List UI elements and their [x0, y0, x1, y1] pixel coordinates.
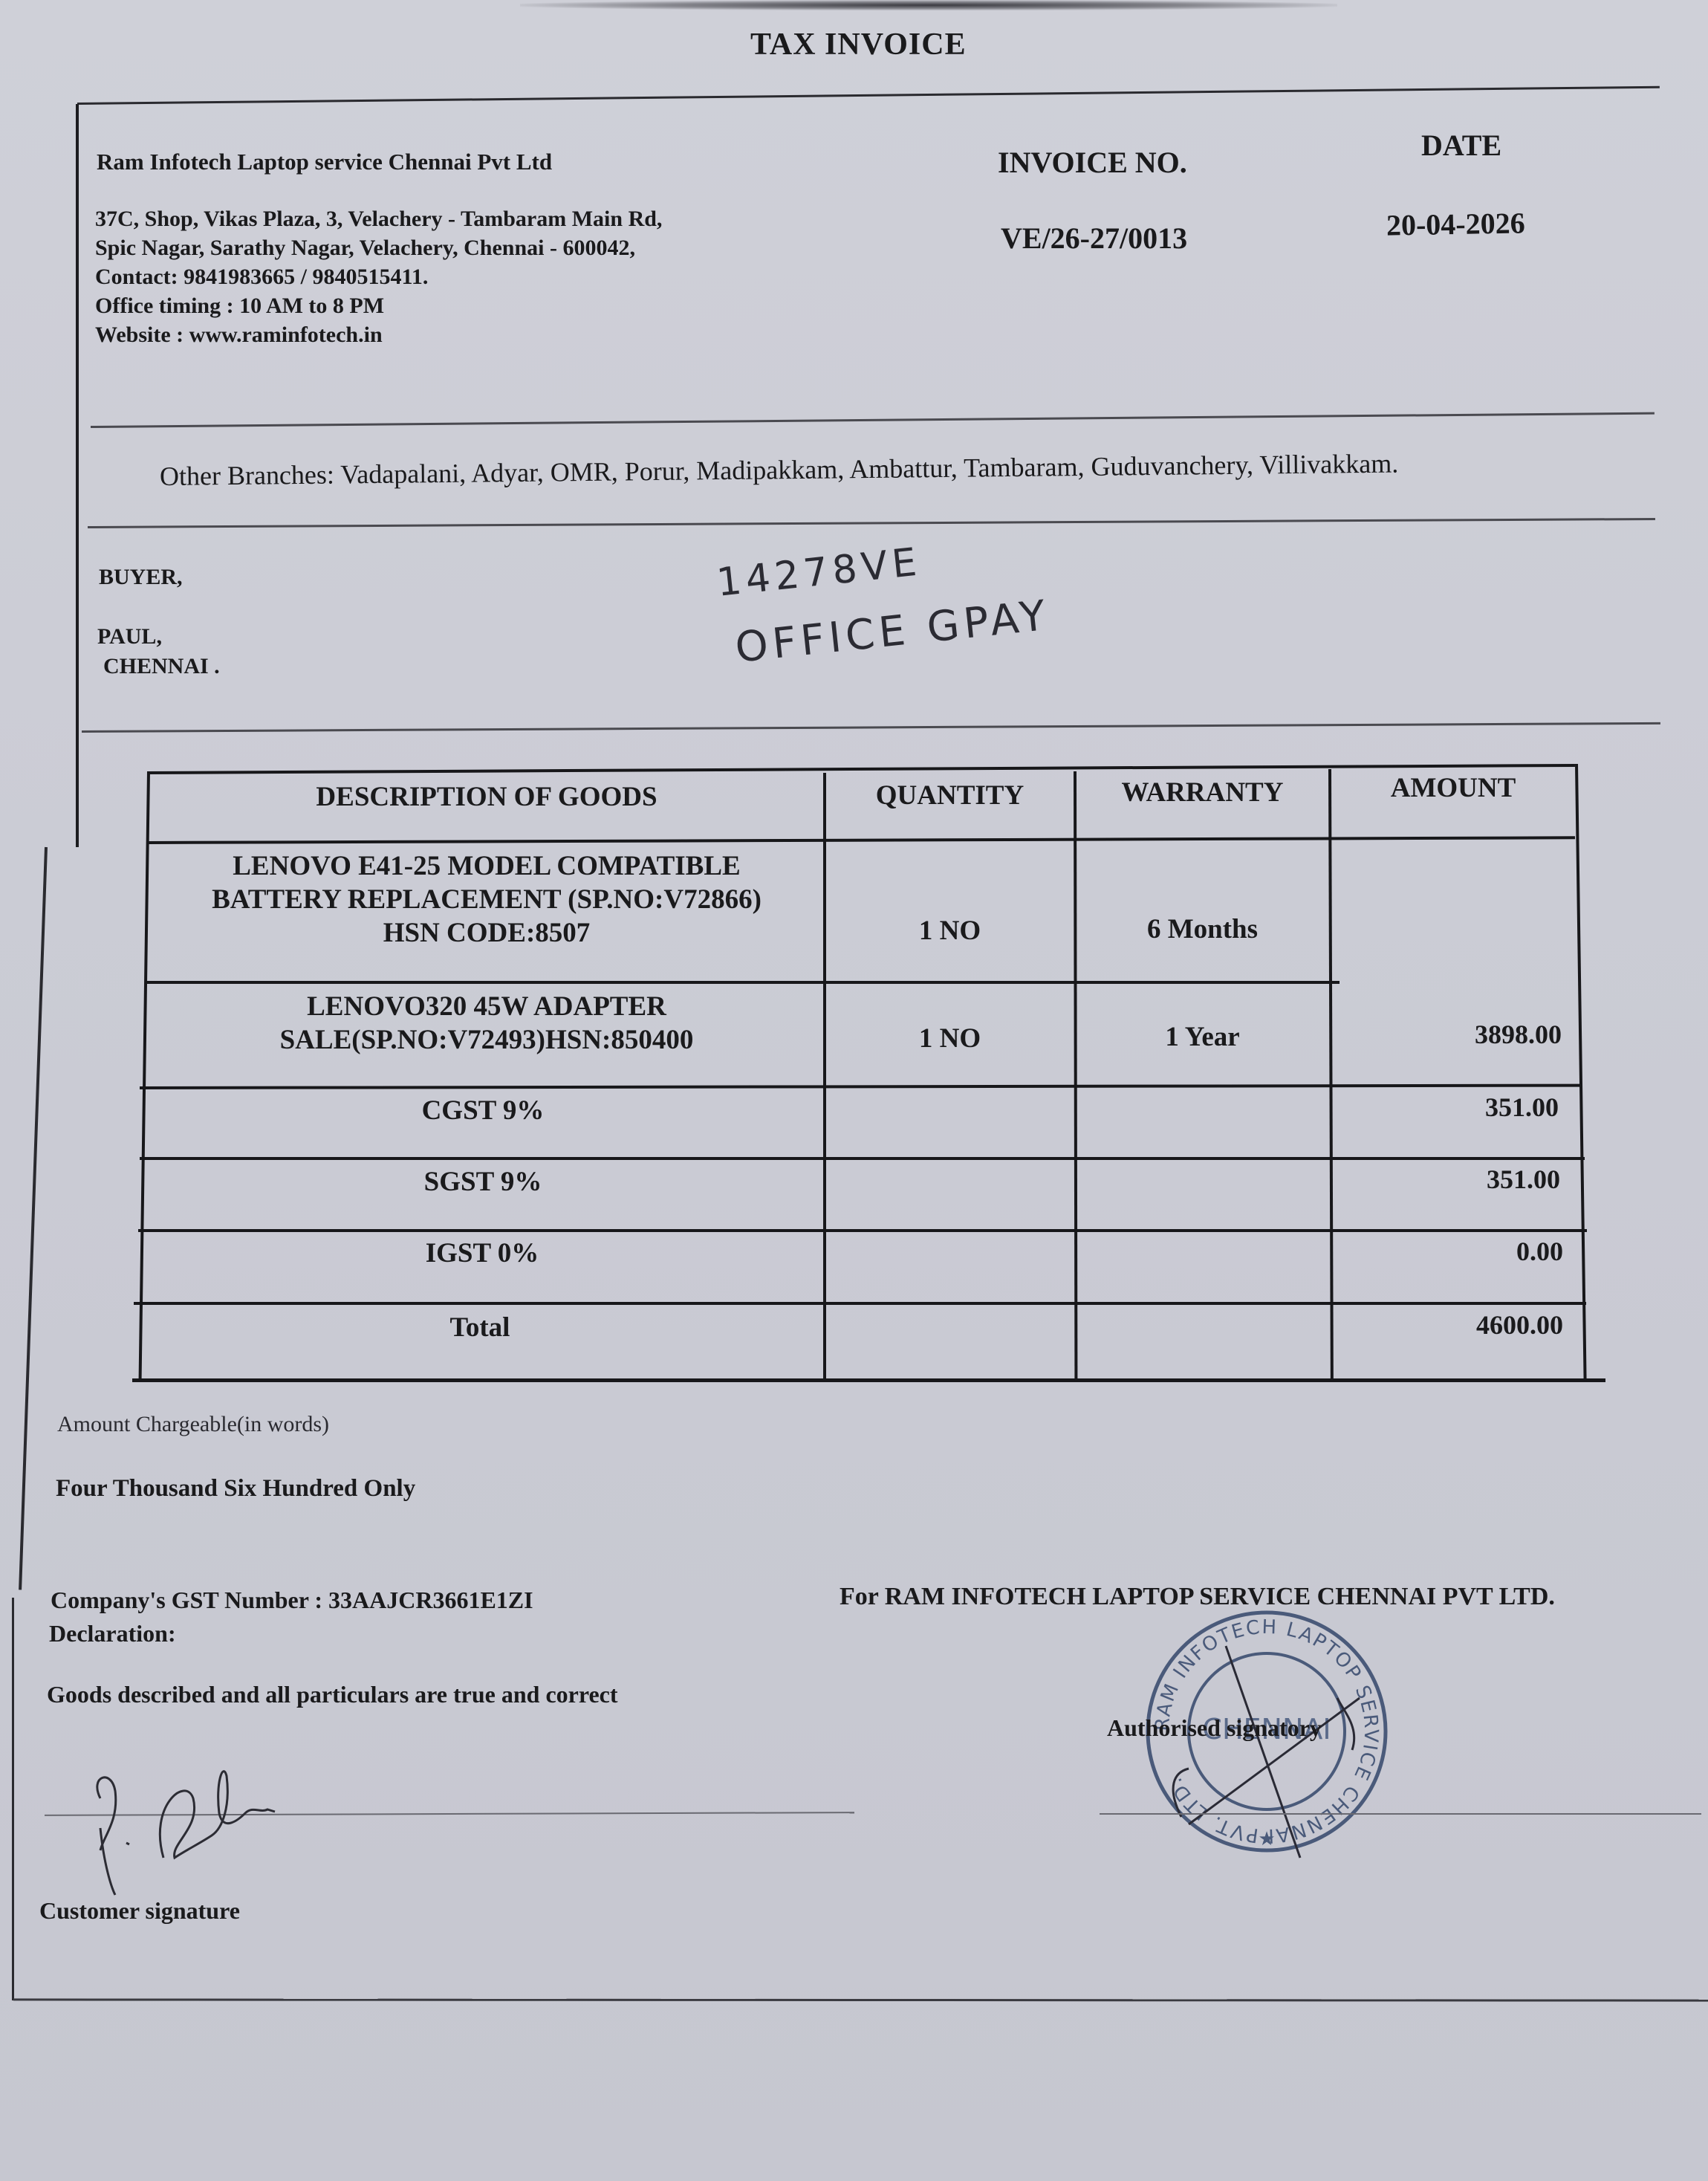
header-warranty: WARRANTY [1077, 776, 1328, 809]
tax-amount-cgst: 351.00 [1331, 1091, 1559, 1124]
item-description: LENOVO E41-25 MODEL COMPATIBLE BATTERY R… [150, 849, 823, 950]
invoice-date-label: DATE [1421, 128, 1501, 163]
frame-left-border [76, 104, 79, 847]
tax-label-cgst: CGST 9% [143, 1094, 823, 1127]
website-line: Website : www.raminfotech.in [95, 320, 662, 349]
buyer-city: CHENNAI . [103, 654, 220, 679]
table-rule [134, 1302, 1586, 1305]
company-gst-number: Company's GST Number : 33AAJCR3661E1ZI [51, 1587, 533, 1614]
total-label: Total [137, 1311, 823, 1344]
item-quantity: 1 NO [826, 914, 1074, 947]
invoice-number-label: INVOICE NO. [998, 145, 1187, 180]
item-warranty: 6 Months [1077, 913, 1328, 946]
table-rule [147, 981, 1340, 984]
tax-label-sgst: SGST 9% [143, 1165, 823, 1199]
amount-in-words: Four Thousand Six Hundred Only [56, 1475, 415, 1503]
buyer-name: PAUL, [97, 624, 162, 649]
address-line: Spic Nagar, Sarathy Nagar, Velachery, Ch… [95, 233, 662, 262]
seller-name: Ram Infotech Laptop service Chennai Pvt … [97, 149, 552, 175]
tax-amount-igst: 0.00 [1331, 1235, 1563, 1268]
table-border-bottom [132, 1378, 1605, 1382]
contact-line: Contact: 9841983665 / 9840515411. [95, 262, 662, 291]
item-quantity: 1 NO [826, 1022, 1074, 1055]
invoice-date: 20-04-2026 [1386, 205, 1525, 242]
declaration-label: Declaration: [49, 1620, 176, 1647]
declaration-text: Goods described and all particulars are … [47, 1681, 618, 1708]
paper-top-shadow [520, 0, 1337, 10]
frame-left-border-bottom [12, 1598, 14, 2000]
header-amount: AMOUNT [1331, 771, 1575, 805]
buyer-label: BUYER, [99, 565, 183, 590]
svg-text:★: ★ [1258, 1828, 1275, 1850]
table-rule [140, 1157, 1585, 1160]
header-description: DESCRIPTION OF GOODS [150, 780, 823, 814]
customer-signature-scribble-icon [82, 1761, 364, 1910]
table-col-divider [823, 773, 826, 1381]
amount-in-words-label: Amount Chargeable(in words) [57, 1412, 329, 1437]
item-description: LENOVO320 45W ADAPTER SALE(SP.NO:V72493)… [150, 990, 823, 1057]
total-amount: 4600.00 [1331, 1309, 1563, 1342]
header-quantity: QUANTITY [826, 779, 1074, 812]
authorised-signatory-label: Authorised signatory [1107, 1714, 1322, 1742]
authorised-signature-line [1100, 1813, 1701, 1815]
invoice-number: VE/26-27/0013 [1001, 221, 1187, 256]
address-line: 37C, Shop, Vikas Plaza, 3, Velachery - T… [95, 204, 662, 233]
items-amount: 3898.00 [1331, 1018, 1562, 1051]
office-timing-line: Office timing : 10 AM to 8 PM [95, 291, 662, 320]
document-title: TAX INVOICE [750, 27, 967, 62]
item-warranty: 1 Year [1077, 1020, 1328, 1054]
table-rule [138, 1229, 1587, 1232]
tax-amount-sgst: 351.00 [1331, 1163, 1560, 1196]
tax-label-igst: IGST 0% [141, 1237, 823, 1270]
seller-address: 37C, Shop, Vikas Plaza, 3, Velachery - T… [95, 204, 662, 349]
customer-signature-label: Customer signature [39, 1897, 240, 1925]
